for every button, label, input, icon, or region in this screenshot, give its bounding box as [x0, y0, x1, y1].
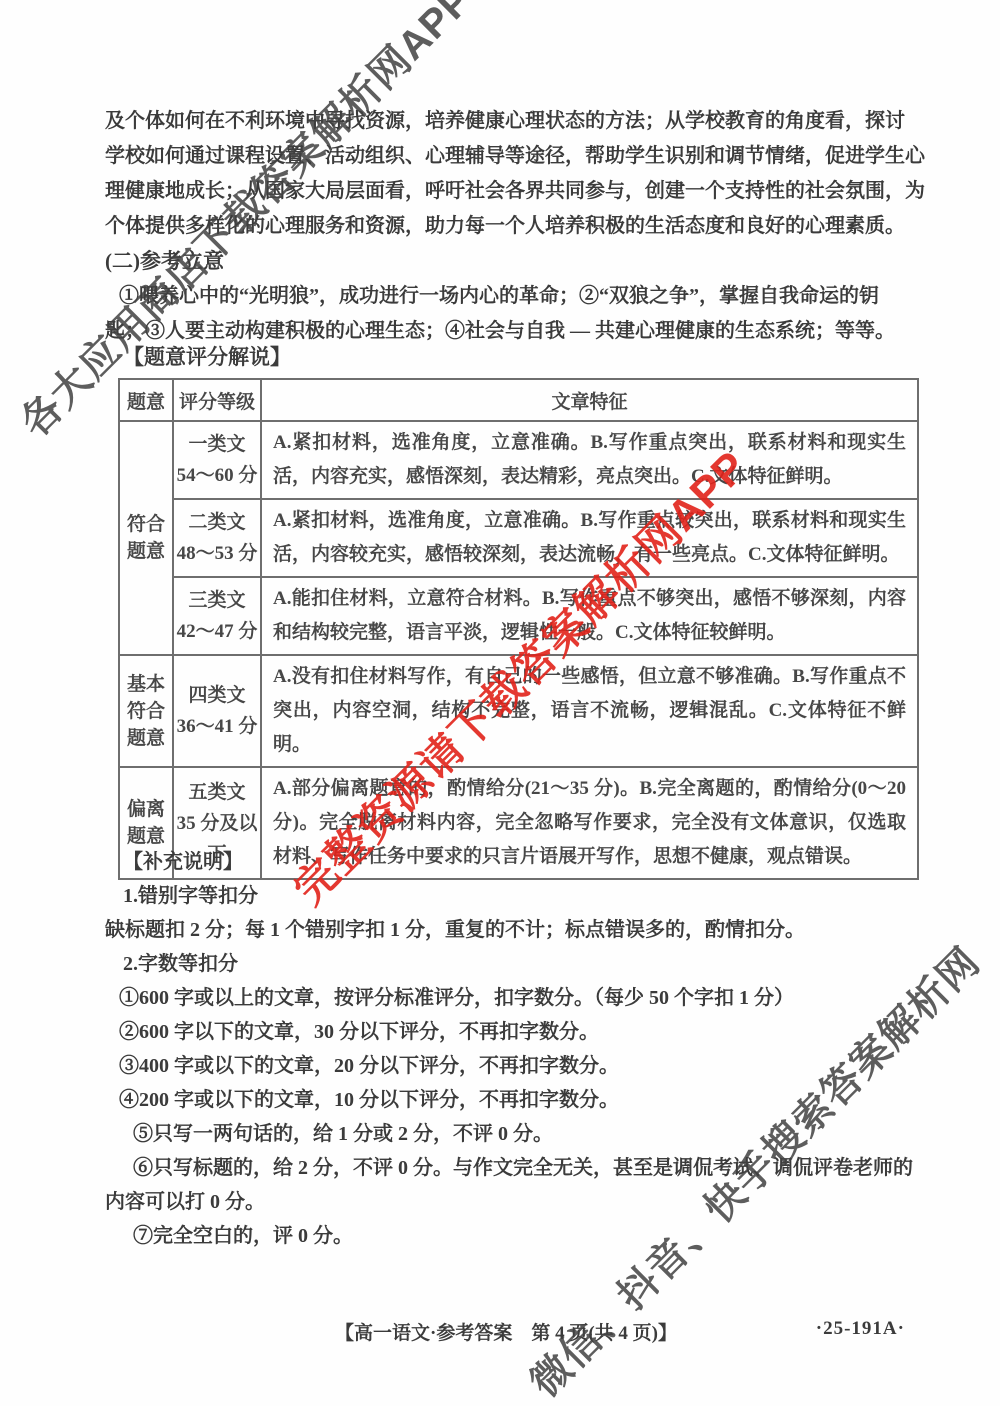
body-line: 学校如何通过课程设置、活动组织、心理辅导等途径，帮助学生识别和调节情绪，促进学生…	[105, 139, 905, 174]
body-line: 个体提供多样化的心理服务和资源，助力每一个人培养积极的生活态度和良好的心理素质。	[105, 209, 905, 244]
grade-cell: 二类文 48～53 分	[173, 499, 261, 577]
grade-label: 三类文	[176, 585, 258, 616]
body-text-block: 及个体如何在不利环境中寻找资源，培养健康心理状态的方法；从学校教育的角度看，探讨…	[105, 104, 905, 349]
supplement-line: ⑦完全空白的，评 0 分。	[105, 1219, 905, 1253]
header-cell-features: 文章特征	[261, 379, 918, 421]
description-cell: A.没有扣住材料写作，有自己的一些感悟，但立意不够准确。B.写作重点不突出，内容…	[261, 655, 918, 767]
supplement-line: 内容可以打 0 分。	[105, 1185, 905, 1219]
table-header-row: 题意 评分等级 文章特征	[119, 379, 918, 421]
table-row: 基本符合题意 四类文 36～41 分 A.没有扣住材料写作，有自己的一些感悟，但…	[119, 655, 918, 767]
supplement-heading: 【补充说明】	[105, 845, 905, 879]
body-line: 及个体如何在不利环境中寻找资源，培养健康心理状态的方法；从学校教育的角度看，探讨	[105, 104, 905, 139]
score-range: 42～47 分	[176, 616, 258, 647]
table-row: 三类文 42～47 分 A.能扣住材料，立意符合材料。B.写作重点不够突出，感悟…	[119, 577, 918, 655]
table-row: 符合题意 一类文 54～60 分 A.紧扣材料，选准角度，立意准确。B.写作重点…	[119, 421, 918, 499]
header-cell-topic: 题意	[119, 379, 173, 421]
score-range: 48～53 分	[176, 538, 258, 569]
supplement-line: 2.字数等扣分	[105, 947, 905, 981]
score-range: 36～41 分	[176, 711, 258, 742]
grade-cell: 四类文 36～41 分	[173, 655, 261, 767]
supplement-line: ⑥只写标题的，给 2 分，不评 0 分。与作文完全无关，甚至是调侃考试、调侃评卷…	[105, 1151, 905, 1185]
score-range: 54～60 分	[176, 460, 258, 491]
grade-cell: 三类文 42～47 分	[173, 577, 261, 655]
supplement-line: ④200 字或以下的文章，10 分以下评分，不再扣字数分。	[105, 1083, 905, 1117]
supplement-line: ⑤只写一两句话的，给 1 分或 2 分，不评 0 分。	[105, 1117, 905, 1151]
supplement-line: 1.错别字等扣分	[105, 879, 905, 913]
description-cell: A.紧扣材料，选准角度，立意准确。B.写作重点较突出，联系材料和现实生活，内容较…	[261, 499, 918, 577]
grade-cell: 一类文 54～60 分	[173, 421, 261, 499]
description-cell: A.能扣住材料，立意符合材料。B.写作重点不够突出，感悟不够深刻，内容和结构较完…	[261, 577, 918, 655]
footer-document-title-page-number: 【高一语文·参考答案 第 4 页(共 4 页)】	[335, 1318, 677, 1345]
table-row: 二类文 48～53 分 A.紧扣材料，选准角度，立意准确。B.写作重点较突出，联…	[119, 499, 918, 577]
scanned-answer-key-page: 及个体如何在不利环境中寻找资源，培养健康心理状态的方法；从学校教育的角度看，探讨…	[0, 0, 1000, 1406]
description-cell: A.紧扣材料，选准角度，立意准确。B.写作重点突出，联系材料和现实生活，内容充实…	[261, 421, 918, 499]
grade-label: 五类文	[176, 777, 258, 808]
supplement-line: 缺标题扣 2 分；每 1 个错别字扣 1 分，重复的不计；标点错误多的，酌情扣分…	[105, 913, 905, 947]
supplement-line: ①600 字或以上的文章，按评分标准评分，扣字数分。（每少 50 个字扣 1 分…	[105, 981, 905, 1015]
header-cell-grade: 评分等级	[173, 379, 261, 421]
supplement-line: ②600 字以下的文章，30 分以下评分，不再扣字数分。	[105, 1015, 905, 1049]
page-footer: 【高一语文·参考答案 第 4 页(共 4 页)】 ·25-191A·	[0, 1318, 1000, 1348]
category-cell: 符合题意	[119, 421, 173, 655]
rubric-section-heading: 【题意评分解说】	[123, 340, 291, 375]
category-cell: 基本符合题意	[119, 655, 173, 767]
body-line: ①喂养心中的“光明狼”，成功进行一场内心的革命；②“双狼之争”，掌握自我命运的钥	[105, 279, 905, 314]
body-line: 理健康地成长；从国家大局层面看，呼吁社会各界共同参与，创建一个支持性的社会氛围，…	[105, 174, 905, 209]
supplement-line: ③400 字或以下的文章，20 分以下评分，不再扣字数分。	[105, 1049, 905, 1083]
grade-label: 一类文	[176, 429, 258, 460]
grade-label: 二类文	[176, 507, 258, 538]
supplement-block: 【补充说明】 1.错别字等扣分 缺标题扣 2 分；每 1 个错别字扣 1 分，重…	[105, 845, 905, 1253]
grade-label: 四类文	[176, 680, 258, 711]
footer-paper-code: ·25-191A·	[816, 1318, 905, 1340]
grading-rubric-table: 题意 评分等级 文章特征 符合题意 一类文 54～60 分 A.紧扣材料，选准角…	[118, 378, 919, 880]
section-heading-reference-ideas: (二)参考立意	[105, 244, 905, 279]
